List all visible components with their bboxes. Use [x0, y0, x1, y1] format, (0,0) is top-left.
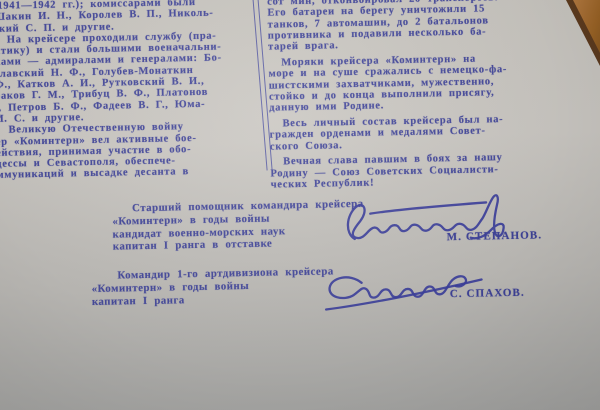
signature-block-spakhov: Командир 1-го артдивизиона крейсера «Ком…	[91, 265, 334, 308]
page-content: (1941—1942 гг.); комиссарами были Шакин …	[0, 0, 600, 410]
document-photo: (1941—1942 гг.); комиссарами были Шакин …	[0, 0, 600, 410]
right-text-column: сот мин, отконвоировал 20 транспортов. Е…	[267, 0, 569, 191]
signature-block-stepanov: Старший помощник командира крейсера «Ком…	[112, 198, 365, 254]
spakhov-printed-name: С. СПАХОВ.	[450, 287, 525, 300]
stepanov-printed-name: М. СТЕПАНОВ.	[447, 229, 543, 243]
left-text-column: (1941—1942 гг.); комиссарами были Шакин …	[0, 0, 253, 182]
